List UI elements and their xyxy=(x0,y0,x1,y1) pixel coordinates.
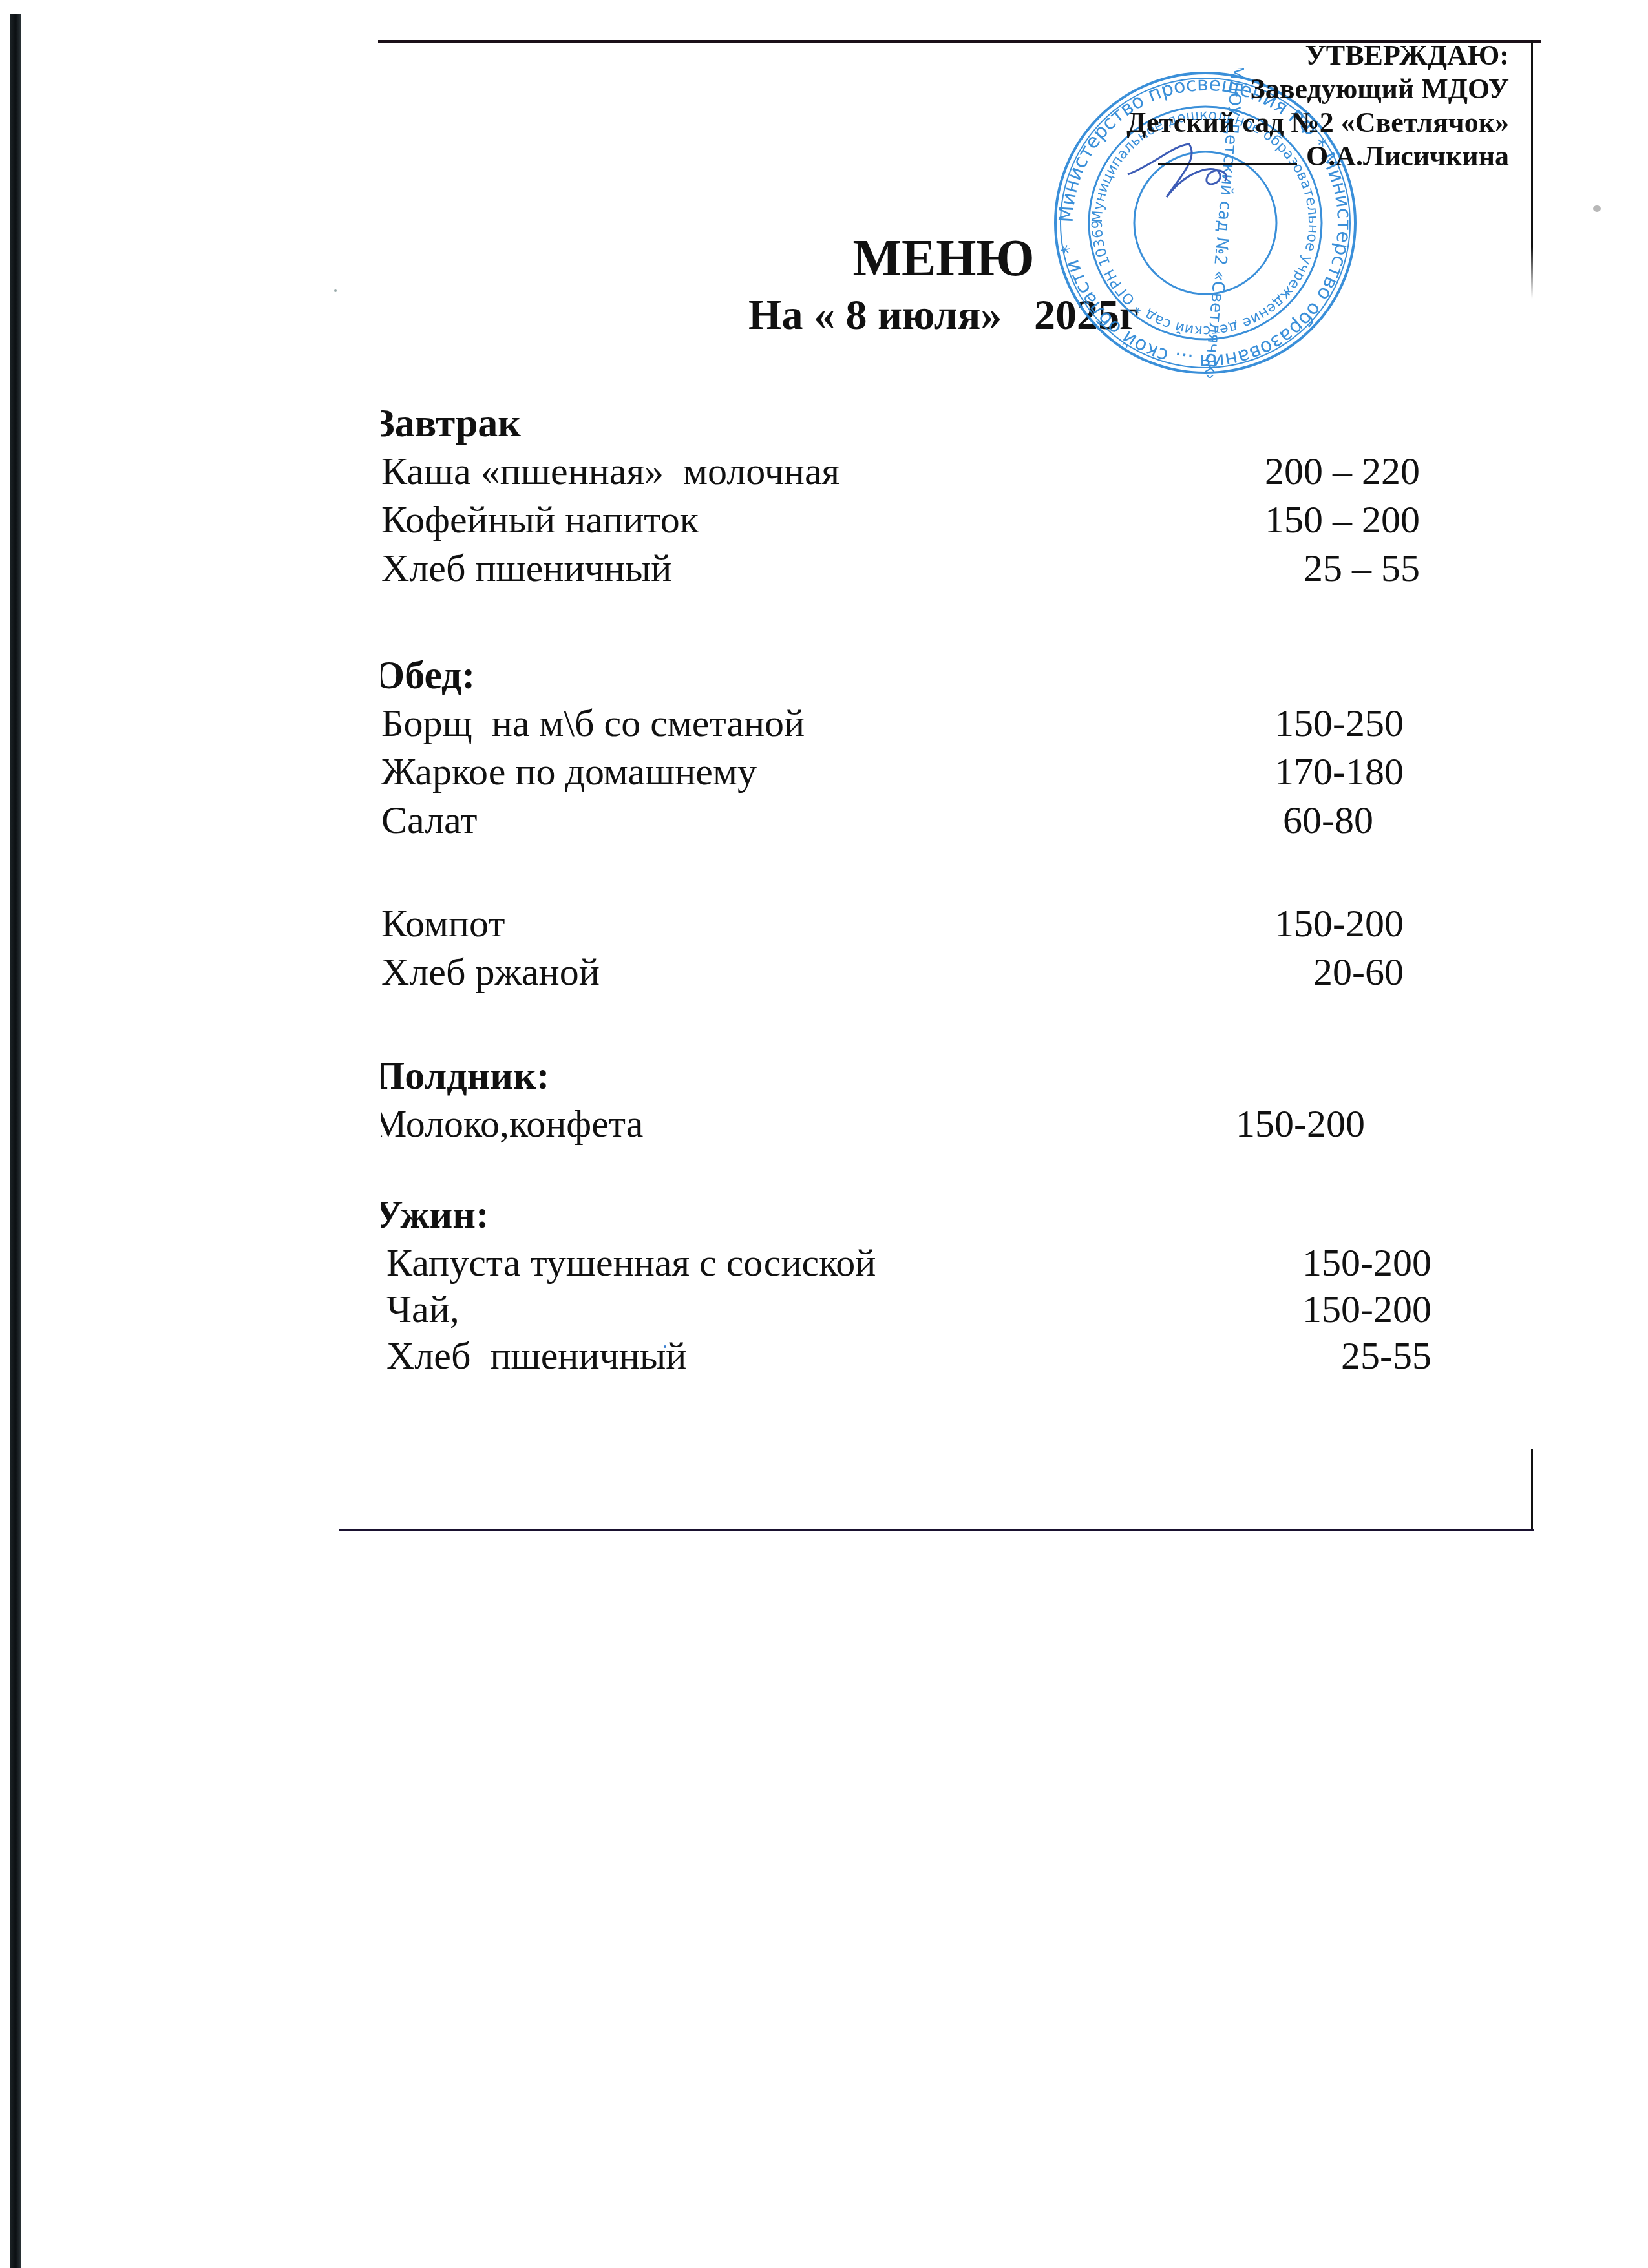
approval-block: УТВЕРЖДАЮ: Заведующий МДОУ Детский сад №… xyxy=(1126,39,1509,173)
approval-position: Заведующий МДОУ xyxy=(1126,72,1509,106)
frame-border-right xyxy=(1531,40,1533,299)
portion-grams: 170-180 xyxy=(1274,750,1404,794)
portion-grams: 150-200 xyxy=(1302,1241,1431,1285)
portion-grams: 150-200 xyxy=(1302,1287,1431,1332)
scan-smudge xyxy=(1593,205,1601,212)
scan-speck xyxy=(664,1345,666,1348)
dish-name: Кофейный напиток xyxy=(381,498,699,542)
menu-item: Борщ на м\б со сметаной 150-250 xyxy=(381,701,1480,748)
dish-name: Молоко,конфета xyxy=(381,1102,643,1146)
portion-grams: 150-250 xyxy=(1274,701,1404,746)
menu-item: Капуста тушенная с сосиской 150-200 xyxy=(386,1241,1480,1287)
menu-item: Хлеб ржаной 20-60 xyxy=(381,950,1480,996)
dish-name: Борщ на м\б со сметаной xyxy=(381,701,805,746)
approval-name: О.А.Лисичкина xyxy=(1306,140,1509,172)
portion-grams: 25-55 xyxy=(1341,1334,1431,1378)
menu-item: Хлеб пшеничный 25-55 xyxy=(386,1334,1480,1380)
dish-name: Хлеб пшеничный xyxy=(386,1334,686,1378)
menu-item: Молоко,конфета 150-200 xyxy=(381,1102,1471,1148)
portion-grams: 150-200 xyxy=(1236,1102,1365,1146)
portion-grams: 150-200 xyxy=(1274,901,1404,946)
menu-item: Каша «пшенная» молочная 200 – 220 xyxy=(381,449,1480,496)
menu-item: Компот 150-200 xyxy=(381,901,1480,948)
signature-line xyxy=(1158,144,1297,165)
dish-name: Чай, xyxy=(386,1287,460,1332)
portion-grams: 150 – 200 xyxy=(1265,498,1420,542)
dish-name: Жаркое по домашнему xyxy=(381,750,757,794)
dish-name: Хлеб ржаной xyxy=(381,950,600,994)
scan-speck xyxy=(334,289,337,292)
scan-edge xyxy=(10,14,21,2268)
dish-name: Каша «пшенная» молочная xyxy=(381,449,840,494)
approval-organization: Детский сад №2 «Светлячок» xyxy=(1126,106,1509,140)
dish-name: Компот xyxy=(381,901,505,946)
menu-item: Чай, 150-200 xyxy=(386,1287,1480,1334)
section-heading-snack: Полдник: xyxy=(381,1053,549,1099)
approval-signatory: О.А.Лисичкина xyxy=(1126,140,1509,173)
frame-border-bottom xyxy=(339,1529,1534,1531)
menu-item: Салат 60-80 xyxy=(381,798,1480,845)
portion-grams: 200 – 220 xyxy=(1265,449,1420,494)
menu-item: Кофейный напиток 150 – 200 xyxy=(381,498,1480,544)
portion-grams: 60-80 xyxy=(1283,798,1373,843)
section-heading-breakfast: Завтрак xyxy=(381,401,521,446)
frame-border-right-lower xyxy=(1531,1449,1533,1531)
menu-item: Хлеб пшеничный 25 – 55 xyxy=(381,546,1480,593)
dish-name: Хлеб пшеничный xyxy=(381,546,671,591)
menu-item: Жаркое по домашнему 170-180 xyxy=(381,750,1480,796)
portion-grams: 20-60 xyxy=(1313,950,1404,994)
approval-heading: УТВЕРЖДАЮ: xyxy=(1126,39,1509,72)
dish-name: Капуста тушенная с сосиской xyxy=(386,1241,876,1285)
section-heading-lunch: Обед: xyxy=(381,653,475,698)
section-heading-supper: Ужин: xyxy=(381,1192,489,1238)
dish-name: Салат xyxy=(381,798,477,843)
portion-grams: 25 – 55 xyxy=(1304,546,1420,591)
